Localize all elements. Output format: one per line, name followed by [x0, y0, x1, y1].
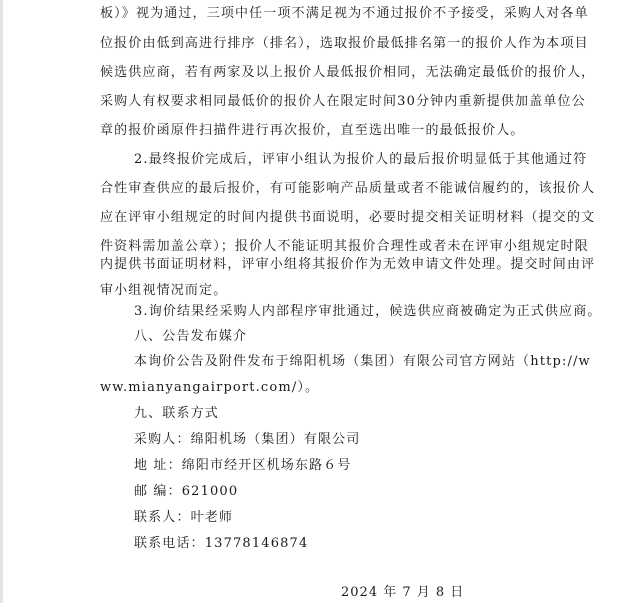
document-page: 板）》视为通过，三项中任一项不满足视为不通过报价不予接受，采购人对各单 位报价由…: [0, 0, 637, 603]
para1-line-1: 板）》视为通过，三项中任一项不满足视为不通过报价不予接受，采购人对各单: [100, 6, 550, 22]
para1-line-5: 章的报价函原件扫描件进行再次报价，直至选出唯一的最低报价人。: [100, 123, 550, 139]
para2-line-6: 审小组视情况而定。: [100, 283, 550, 299]
para1-line-2: 位报价由低到高进行排序（排名），选取报价最低排名第一的报价人作为本项目: [100, 36, 550, 52]
section8-line-2: ww.mianyangairport.com/）。: [100, 380, 550, 396]
contact-phone: 联系电话：13778146874: [134, 536, 550, 552]
section9-heading: 九、联系方式: [134, 406, 550, 422]
contact-address: 地 址：绵阳市经开区机场东路６号: [134, 458, 550, 474]
para2-line-3: 应在评审小组规定的时间内提供书面说明，必要时提交相关证明材料（提交的文: [100, 210, 550, 226]
contact-postcode: 邮 编：621000: [134, 484, 550, 500]
contact-person: 联系人：叶老师: [134, 510, 550, 526]
para2-line-2: 合性审查供应的最后报价，有可能影响产品质量或者不能诚信履约的，该报价人: [100, 181, 550, 197]
para1-line-3: 候选供应商，若有两家及以上报价人最低报价相同，无法确定最低价的报价人，: [100, 65, 550, 81]
para3: 3.询价结果经采购人内部程序审批通过，候选供应商被确定为正式供应商。: [134, 304, 550, 320]
document-date: 2024 年 7 月 8 日: [341, 585, 464, 601]
para1-line-4: 采购人有权要求相同最低价的报价人在限定时间30分钟内重新提供加盖单位公: [100, 94, 550, 110]
contact-purchaser: 采购人：绵阳机场（集团）有限公司: [134, 432, 550, 448]
para2-line-4: 件资料需加盖公章）；报价人不能证明其报价合理性或者未在评审小组规定时限: [100, 239, 550, 255]
section8-line-1: 本询价公告及附件发布于绵阳机场（集团）有限公司官方网站（http://w: [134, 354, 550, 370]
para2-line-1: 2.最终报价完成后，评审小组认为报价人的最后报价明显低于其他通过符: [134, 152, 550, 168]
para2-line-5: 内提供书面证明材料，评审小组将其报价作为无效申请文件处理。提交时间由评: [100, 257, 550, 273]
section8-heading: 八、公告发布媒介: [134, 329, 550, 345]
